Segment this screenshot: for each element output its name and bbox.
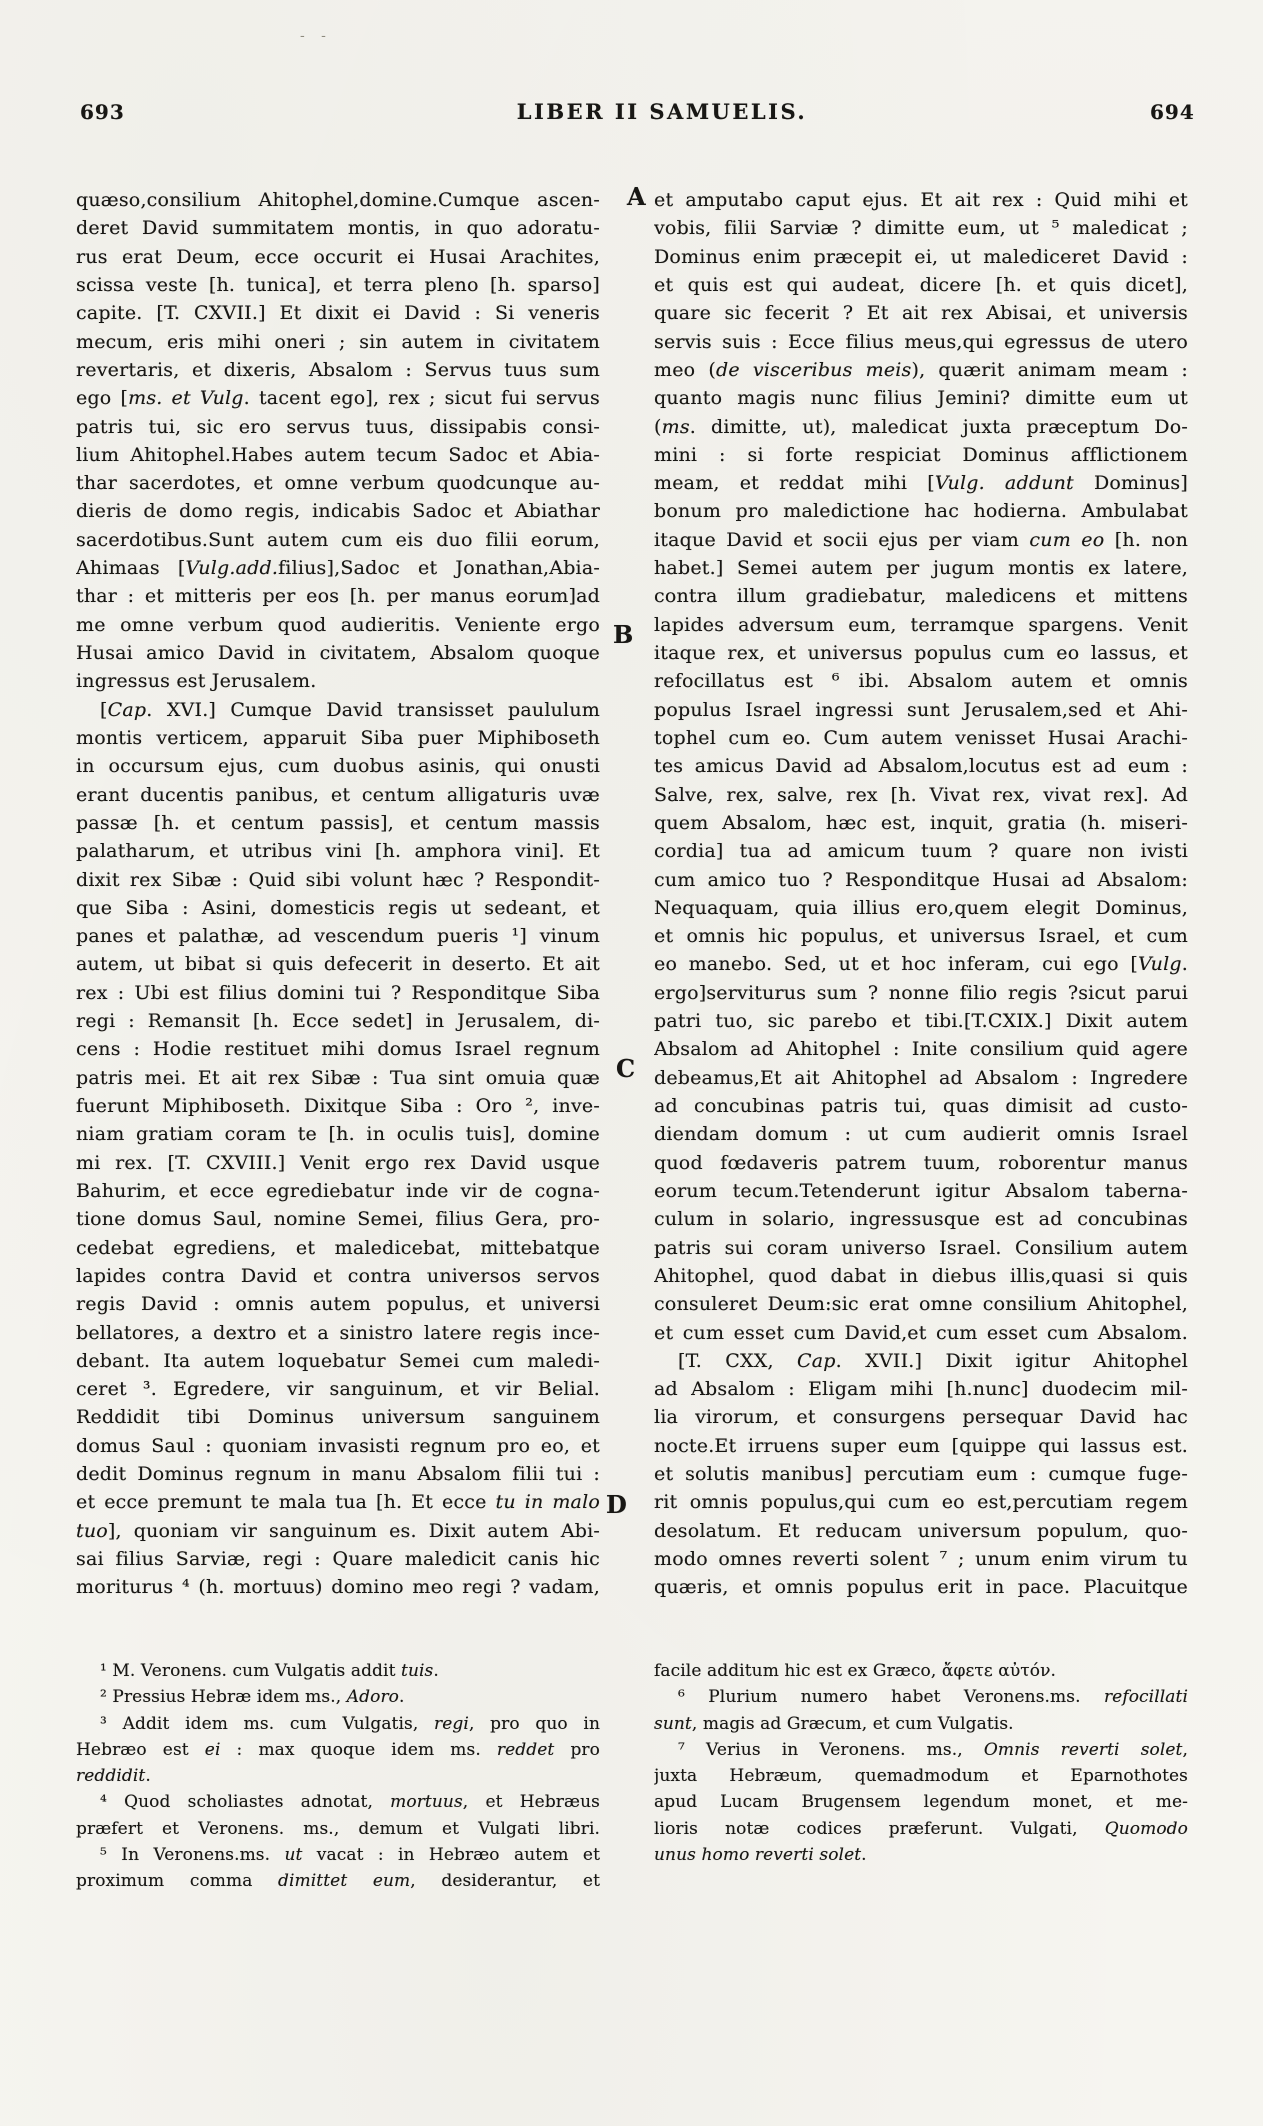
text-line: fuerunt Miphiboseth. Dixitque Siba : Oro… [76,1092,600,1120]
text-line: (ms. dimitte, ut), maledicat juxta præce… [654,413,1188,441]
text-line: populus Israel ingressi sunt Jerusalem,s… [654,696,1188,724]
text-line: cens : Hodie restituet mihi domus Israel… [76,1035,600,1063]
text-line: bellatores, a dextro et a sinistro later… [76,1319,600,1347]
page-title: LIBER II SAMUELIS. [517,99,807,124]
text-line: thar sacerdotes, et omne verbum quodcunq… [76,469,600,497]
text-line: et solutis manibus] percutiam eum : cumq… [654,1460,1188,1488]
text-line: ad concubinas patris tui, quas dimisit a… [654,1092,1188,1120]
text-line: Salve, rex, salve, rex [h. Vivat rex, vi… [654,781,1188,809]
text-line: vobis, filii Sarviæ ? dimitte eum, ut ⁵ … [654,214,1188,242]
text-line: tuo], quoniam vir sanguinum es. Dixit au… [76,1517,600,1545]
scan-artifact: - - [300,28,332,44]
text-line: lapides adversum eum, terramque spargens… [654,611,1188,639]
text-line: juxta Hebræum, quemadmodum et Eparnothot… [654,1763,1188,1789]
text-line: Bahurim, et ecce egrediebatur inde vir d… [76,1177,600,1205]
text-line: erant ducentis panibus, et centum alliga… [76,781,600,809]
text-line: dedit Dominus regnum in manu Absalom fil… [76,1460,600,1488]
text-line: et omnis hic populus, et universus Israe… [654,922,1188,950]
text-line: reddidit. [76,1763,600,1789]
text-line: Absalom ad Ahitophel : Inite consilium q… [654,1035,1188,1063]
text-line: lioris notæ codices præferunt. Vulgati, … [654,1816,1188,1842]
text-line: nocte.Et irruens super eum [quippe qui l… [654,1432,1188,1460]
text-line: et quis est qui audeat, dicere [h. et qu… [654,271,1188,299]
text-line: tes amicus David ad Absalom,locutus est … [654,752,1188,780]
text-line: lium Ahitophel.Habes autem tecum Sadoc e… [76,441,600,469]
text-line: tophel cum eo. Cum autem venisset Husai … [654,724,1188,752]
margin-letter-c: C [616,1054,635,1083]
text-line: Hebræo est ei : max quoque idem ms. redd… [76,1737,600,1763]
text-line: cedebat egrediens, et maledicebat, mitte… [76,1234,600,1262]
page-number-right: 694 [1150,100,1195,124]
text-line: montis verticem, apparuit Siba puer Miph… [76,724,600,752]
text-line: que Siba : Asini, domesticis regis ut se… [76,894,600,922]
text-line: contra illum gradiebatur, maledicens et … [654,582,1188,610]
page-number-left: 693 [80,100,125,124]
text-line: Reddidit tibi Dominus universum sanguine… [76,1403,600,1431]
text-line: sunt, magis ad Græcum, et cum Vulgatis. [654,1711,1188,1737]
book-page: - - 693 LIBER II SAMUELIS. 694 A B C D q… [0,0,1263,2126]
text-line: sai filius Sarviæ, regi : Quare maledici… [76,1545,600,1573]
text-line: quem Absalom, hæc est, inquit, gratia (h… [654,809,1188,837]
text-line: capite. [T. CXVII.] Et dixit ei David : … [76,299,600,327]
text-line: consuleret Deum:sic erat omne consilium … [654,1290,1188,1318]
text-line: mecum, eris mihi oneri ; sin autem in ci… [76,328,600,356]
text-line: niam gratiam coram te [h. in oculis tuis… [76,1120,600,1148]
text-line: sacerdotibus.Sunt autem cum eis duo fili… [76,526,600,554]
text-line: servis suis : Ecce filius meus,qui egres… [654,328,1188,356]
text-line: culum in solario, ingressusque est ad co… [654,1205,1188,1233]
text-line: quanto magis nunc filius Jemini? dimitte… [654,384,1188,412]
text-line: et amputabo caput ejus. Et ait rex : Qui… [654,186,1188,214]
text-line: autem, ut bibat si quis defecerit in des… [76,950,600,978]
text-line: Ahimaas [Vulg.add.filius],Sadoc et Jonat… [76,554,600,582]
text-line: cum amico tuo ? Responditque Husai ad Ab… [654,866,1188,894]
text-line: patris sui coram universo Israel. Consil… [654,1234,1188,1262]
text-line: ² Pressius Hebræ idem ms., Adoro. [76,1684,600,1710]
margin-letter-a: A [627,182,646,211]
text-line: mini : si forte respiciat Dominus afflic… [654,441,1188,469]
text-line: quæris, et omnis populus erit in pace. P… [654,1573,1188,1601]
text-line: unus homo reverti solet. [654,1842,1188,1868]
text-line: ⁴ Quod scholiastes adnotat, mortuus, et … [76,1789,600,1815]
text-line: apud Lucam Brugensem legendum monet, et … [654,1789,1188,1815]
text-line: cordia] tua ad amicum tuum ? quare non i… [654,837,1188,865]
footnotes-left-column: ¹ M. Veronens. cum Vulgatis addit tuis.²… [76,1658,600,1895]
text-line: itaque rex, et universus populus cum eo … [654,639,1188,667]
text-line: facile additum hic est ex Græco, ἄφετε α… [654,1658,1188,1684]
text-line: Dominus enim præcepit ei, ut malediceret… [654,243,1188,271]
text-line: quæso,consilium Ahitophel,domine.Cumque … [76,186,600,214]
text-line: debeamus,Et ait Ahitophel ad Absalom : I… [654,1064,1188,1092]
text-line: patris tui, sic ero servus tuus, dissipa… [76,413,600,441]
text-line: thar : et mitteris per eos [h. per manus… [76,582,600,610]
text-line: ad Absalom : Eligam mihi [h.nunc] duodec… [654,1375,1188,1403]
text-line: ceret ³. Egredere, vir sanguinum, et vir… [76,1375,600,1403]
text-line: me omne verbum quod audieritis. Veniente… [76,611,600,639]
text-line: diendam domum : ut cum audierit omnis Is… [654,1120,1188,1148]
text-line: rus erat Deum, ecce occurit ei Husai Ara… [76,243,600,271]
text-line: eo manebo. Sed, ut et hoc inferam, cui e… [654,950,1188,978]
text-line: dixit rex Sibæ : Quid sibi volunt hæc ? … [76,866,600,894]
text-line: deret David summitatem montis, in quo ad… [76,214,600,242]
text-line: mi rex. [T. CXVIII.] Venit ergo rex Davi… [76,1149,600,1177]
text-line: rex : Ubi est filius domini tui ? Respon… [76,979,600,1007]
text-line: quare sic fecerit ? Et ait rex Abisai, e… [654,299,1188,327]
text-line: ³ Addit idem ms. cum Vulgatis, regi, pro… [76,1711,600,1737]
text-line: moriturus ⁴ (h. mortuus) domino meo regi… [76,1573,600,1601]
margin-letter-d: D [606,1490,627,1519]
text-line: rit omnis populus,qui cum eo est,percuti… [654,1488,1188,1516]
text-line: proximum comma dimittet eum, desiderantu… [76,1868,600,1894]
text-line: lapides contra David et contra universos… [76,1262,600,1290]
text-line: lia virorum, et consurgens persequar Dav… [654,1403,1188,1431]
text-line: itaque David et socii ejus per viam cum … [654,526,1188,554]
text-line: revertaris, et dixeris, Absalom : Servus… [76,356,600,384]
text-line: et ecce premunt te mala tua [h. Et ecce … [76,1488,600,1516]
text-line: patri tuo, sic parebo et tibi.[T.CXIX.] … [654,1007,1188,1035]
text-line: bonum pro maledictione hac hodierna. Amb… [654,497,1188,525]
text-line: ⁶ Plurium numero habet Veronens.ms. refo… [654,1684,1188,1710]
text-line: modo omnes reverti solent ⁷ ; unum enim … [654,1545,1188,1573]
text-line: ingressus est Jerusalem. [76,667,600,695]
text-line: desolatum. Et reducam universum populum,… [654,1517,1188,1545]
text-line: habet.] Semei autem per jugum montis ex … [654,554,1188,582]
text-line: eorum tecum.Tetenderunt igitur Absalom t… [654,1177,1188,1205]
margin-letter-b: B [613,620,633,649]
text-line: in occursum ejus, cum duobus asinis, qui… [76,752,600,780]
text-line: tione domus Saul, nomine Semei, filius G… [76,1205,600,1233]
text-line: ergo]serviturus sum ? nonne filio regis … [654,979,1188,1007]
footnotes-right-column: facile additum hic est ex Græco, ἄφετε α… [654,1658,1188,1868]
text-line: palatharum, et utribus vini [h. amphora … [76,837,600,865]
text-line: ⁵ In Veronens.ms. ut vacat : in Hebræo a… [76,1842,600,1868]
main-text-left-column: quæso,consilium Ahitophel,domine.Cumque … [76,186,600,1602]
text-line: [T. CXX, Cap. XVII.] Dixit igitur Ahitop… [654,1347,1188,1375]
text-line: Ahitophel, quod dabat in diebus illis,qu… [654,1262,1188,1290]
text-line: patris mei. Et ait rex Sibæ : Tua sint o… [76,1064,600,1092]
text-line: refocillatus est ⁶ ibi. Absalom autem et… [654,667,1188,695]
text-line: debant. Ita autem loquebatur Semei cum m… [76,1347,600,1375]
text-line: præfert et Veronens. ms., demum et Vulga… [76,1816,600,1842]
text-line: Nequaquam, quia illius ero,quem elegit D… [654,894,1188,922]
text-line: passæ [h. et centum passis], et centum m… [76,809,600,837]
text-line: domus Saul : quoniam invasisti regnum pr… [76,1432,600,1460]
main-text-right-column: et amputabo caput ejus. Et ait rex : Qui… [654,186,1188,1602]
text-line: meam, et reddat mihi [Vulg. addunt Domin… [654,469,1188,497]
text-line: Husai amico David in civitatem, Absalom … [76,639,600,667]
text-line: regis David : omnis autem populus, et un… [76,1290,600,1318]
text-line: et cum esset cum David,et cum esset cum … [654,1319,1188,1347]
text-line: regi : Remansit [h. Ecce sedet] in Jerus… [76,1007,600,1035]
text-line: ego [ms. et Vulg. tacent ego], rex ; sic… [76,384,600,412]
text-line: panes et palathæ, ad vescendum pueris ¹]… [76,922,600,950]
text-line: ⁷ Verius in Veronens. ms., Omnis reverti… [654,1737,1188,1763]
text-line: ¹ M. Veronens. cum Vulgatis addit tuis. [76,1658,600,1684]
text-line: quod fœdaveris patrem tuum, roborentur m… [654,1149,1188,1177]
text-line: dieris de domo regis, indicabis Sadoc et… [76,497,600,525]
text-line: [Cap. XVI.] Cumque David transisset paul… [76,696,600,724]
text-line: scissa veste [h. tunica], et terra pleno… [76,271,600,299]
text-line: meo (de visceribus meis), quærit animam … [654,356,1188,384]
